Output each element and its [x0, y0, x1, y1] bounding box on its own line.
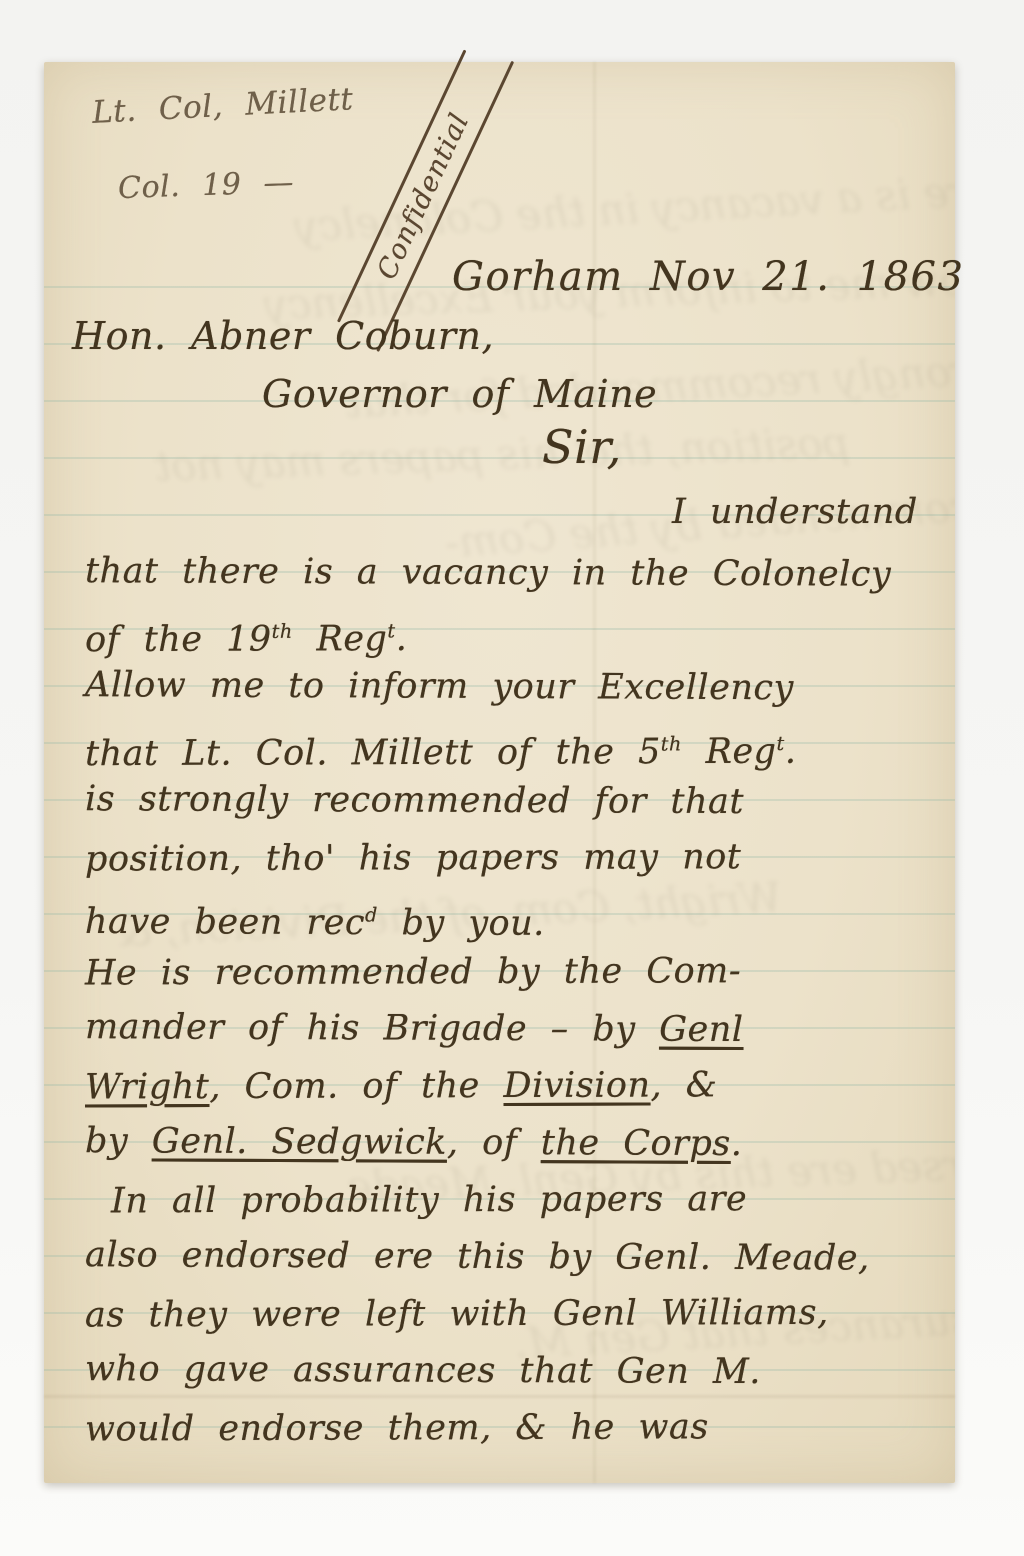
opening-phrase: I understand: [672, 492, 918, 532]
confidential-slash-bottom: [376, 60, 514, 351]
letter-body-line: position, tho' his papers may not: [85, 829, 930, 889]
letter-body-line: He is recommended by the Com-: [85, 943, 930, 1003]
ghost-writing: position, tho' his papers may not: [153, 418, 850, 491]
letter-body-line: is strongly recommended for that: [85, 771, 930, 832]
letter-body-line: would endorse them, & he was: [85, 1399, 930, 1459]
scanned-letter-page: that there is a vacancy in the Colonelcy…: [0, 0, 1024, 1556]
pencil-annotation-regiment: Col. 19 —: [117, 165, 294, 206]
letter-paper: that there is a vacancy in the Colonelcy…: [44, 62, 955, 1483]
dateline: Gorham Nov 21. 1863: [452, 254, 964, 300]
letter-body-line: by Genl. Sedgwick, of the Corps.: [85, 1113, 930, 1174]
letter-body-line: that there is a vacancy in the Colonelcy: [85, 543, 930, 604]
letter-body-line: have been recd by you.: [85, 885, 930, 946]
letter-body-line: Allow me to inform your Excellency: [85, 657, 930, 718]
letter-body-line: Wright, Com. of the Division, &: [85, 1057, 930, 1117]
letter-body-line: also endorsed ere this by Genl. Meade,: [85, 1227, 930, 1288]
salutation: Sir,: [542, 420, 622, 474]
addressee-title: Governor of Maine: [262, 372, 657, 416]
pencil-annotation-officer: Lt. Col, Millett: [91, 81, 354, 131]
addressee-name: Hon. Abner Coburn,: [72, 314, 494, 358]
letter-body-line: that Lt. Col. Millett of the 5th Regt.: [85, 715, 930, 775]
letter-body-line: of the 19th Regt.: [85, 601, 930, 661]
letter-body-line: who gave assurances that Gen M.: [85, 1341, 930, 1402]
confidential-slash-top: [336, 49, 466, 322]
letter-body: that there is a vacancy in the Colonelcy…: [85, 545, 930, 1457]
letter-body-line: In all probability his papers are: [85, 1171, 930, 1231]
letter-body-line: mander of his Brigade – by Genl: [85, 999, 930, 1060]
letter-body-line: as they were left with Genl Williams,: [85, 1285, 930, 1345]
